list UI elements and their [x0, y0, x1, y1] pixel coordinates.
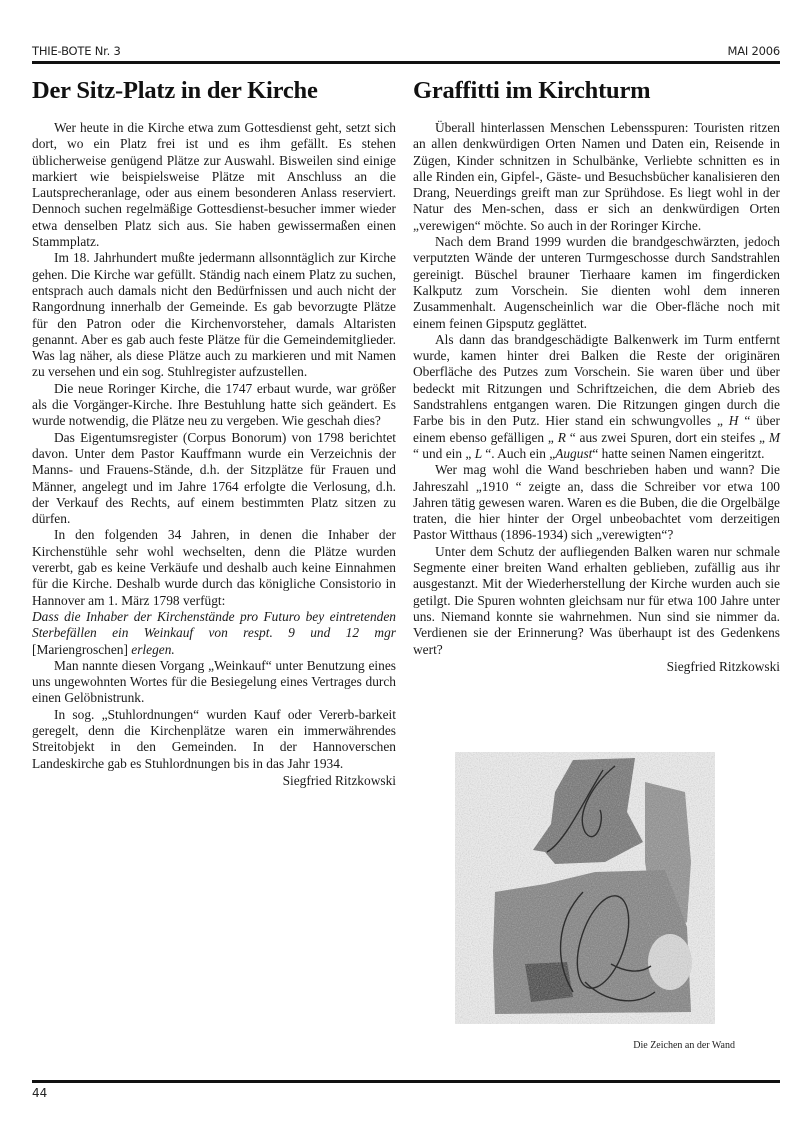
paragraph: In sog. „Stuhlordnungen“ wurden Kauf ode…	[32, 707, 396, 772]
text: “. Auch ein „	[485, 446, 555, 461]
text: “ und ein „	[413, 446, 471, 461]
footer-rule	[32, 1080, 780, 1083]
decree-quote: Dass die Inhaber der Kirchenstände pro F…	[32, 609, 396, 658]
paragraph: Im 18. Jahrhundert mußte jedermann allso…	[32, 250, 396, 380]
paragraph: Wer mag wohl die Wand beschrieben haben …	[413, 462, 780, 543]
author-byline: Siegfried Ritzkowski	[413, 659, 780, 675]
issue-date: MAI 2006	[727, 44, 780, 58]
article-body: Überall hinterlassen Menschen Lebensspur…	[413, 120, 780, 675]
figure-caption: Die Zeichen an der Wand	[560, 1040, 735, 1051]
running-header: THIE-BOTE Nr. 3 MAI 2006	[32, 44, 780, 60]
article-graffitti: Graffitti im Kirchturm Überall hinterlas…	[413, 76, 780, 675]
paragraph: Das Eigentumsregister (Corpus Bonorum) v…	[32, 430, 396, 528]
letter-l: L	[471, 446, 485, 461]
quote-text-end: erlegen.	[131, 642, 175, 657]
wall-graffiti-photo	[455, 752, 715, 1024]
letter-m: M	[765, 430, 780, 445]
paragraph: In den folgenden 34 Jahren, in denen die…	[32, 527, 396, 608]
photo-image	[455, 752, 715, 1024]
paragraph: Wer heute in die Kirche etwa zum Gottesd…	[32, 120, 396, 250]
letter-h: H	[723, 413, 744, 428]
paragraph: Überall hinterlassen Menschen Lebensspur…	[413, 120, 780, 234]
article-sitz-platz: Der Sitz-Platz in der Kirche Wer heute i…	[32, 76, 396, 789]
publication-name: THIE-BOTE Nr. 3	[32, 44, 121, 58]
author-byline: Siegfried Ritzkowski	[32, 773, 396, 789]
paragraph-letters: Als dann das brandgeschädigte Balkenwerk…	[413, 332, 780, 462]
article-title: Graffitti im Kirchturm	[413, 76, 780, 106]
quote-bracket: [Mariengroschen]	[32, 642, 131, 657]
paragraph: Die neue Roringer Kirche, die 1747 erbau…	[32, 381, 396, 430]
letter-r: R	[554, 430, 570, 445]
text: “ aus zwei Spuren, dort ein steifes „	[570, 430, 765, 445]
paragraph: Man nannte diesen Vorgang „Weinkauf“ unt…	[32, 658, 396, 707]
text: “ hatte seinen Namen eingeritzt.	[592, 446, 764, 461]
article-title: Der Sitz-Platz in der Kirche	[32, 76, 396, 106]
newsletter-page: THIE-BOTE Nr. 3 MAI 2006 Der Sitz-Platz …	[0, 0, 800, 1131]
paragraph: Unter dem Schutz der aufliegenden Balken…	[413, 544, 780, 658]
paragraph: Nach dem Brand 1999 wurden die brandgesc…	[413, 234, 780, 332]
quote-text: Dass die Inhaber der Kirchenstände pro F…	[32, 609, 396, 640]
header-rule	[32, 61, 780, 64]
name-august: August	[555, 446, 592, 461]
page-number: 44	[32, 1086, 47, 1100]
article-body: Wer heute in die Kirche etwa zum Gottesd…	[32, 120, 396, 789]
